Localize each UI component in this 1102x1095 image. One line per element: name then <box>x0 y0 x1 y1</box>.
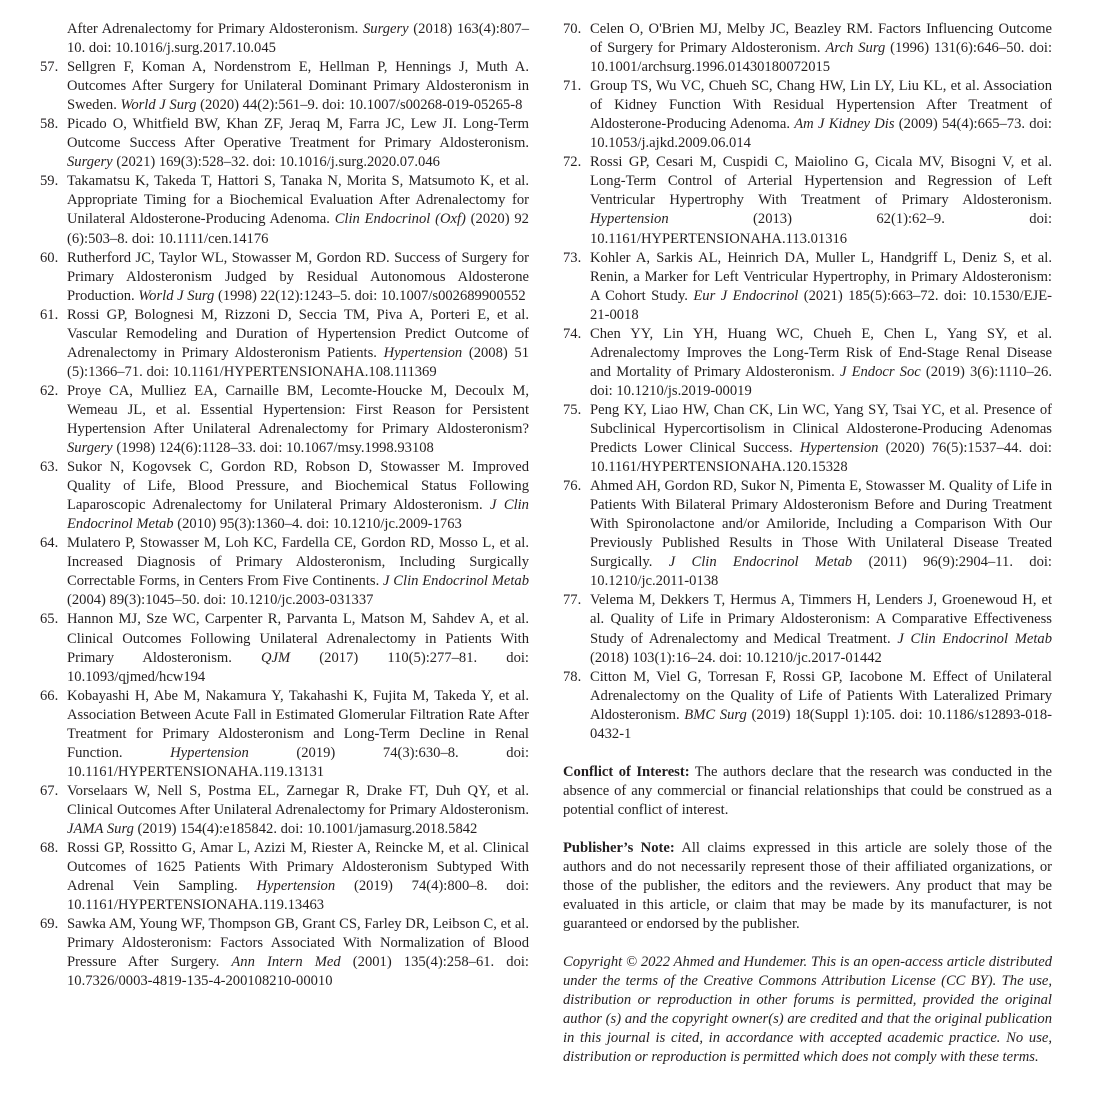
reference-number: 61. <box>40 306 58 325</box>
reference-item: 78.Citton M, Viel G, Torresan F, Rossi G… <box>563 668 1052 744</box>
reference-item: 65.Hannon MJ, Sze WC, Carpenter R, Parva… <box>40 610 529 686</box>
reference-item: 77.Velema M, Dekkers T, Hermus A, Timmer… <box>563 591 1052 667</box>
reference-number: 75. <box>563 401 581 420</box>
conflict-of-interest-statement: Conflict of Interest: The authors declar… <box>563 763 1052 820</box>
reference-number: 68. <box>40 839 58 858</box>
reference-56-continuation: After Adrenalectomy for Primary Aldoster… <box>40 20 529 58</box>
reference-number: 67. <box>40 782 58 801</box>
journal-name: Am J Kidney Dis <box>794 116 894 132</box>
journal-name: Clin Endocrinol (Oxf) <box>335 211 466 227</box>
reference-item: 61.Rossi GP, Bolognesi M, Rizzoni D, Sec… <box>40 306 529 382</box>
reference-item: 68.Rossi GP, Rossitto G, Amar L, Azizi M… <box>40 839 529 915</box>
reference-citation: (2018) 103(1):16–24. doi: 10.1210/jc.201… <box>590 650 882 666</box>
reference-item: 67.Vorselaars W, Nell S, Postma EL, Zarn… <box>40 782 529 839</box>
reference-number: 65. <box>40 610 58 629</box>
journal-name: J Clin Endocrinol Metab <box>897 631 1052 647</box>
reference-text: Vorselaars W, Nell S, Postma EL, Zarnega… <box>67 783 529 818</box>
publishers-note-label: Publisher’s Note: <box>563 840 675 856</box>
journal-name: Eur J Endocrinol <box>693 288 798 304</box>
reference-number: 59. <box>40 172 58 191</box>
reference-number: 66. <box>40 687 58 706</box>
reference-citation: (1998) 124(6):1128–33. doi: 10.1067/msy.… <box>113 440 434 456</box>
journal-name: Hypertension <box>257 878 336 894</box>
journal-name: Surgery <box>363 21 409 37</box>
reference-item: 76.Ahmed AH, Gordon RD, Sukor N, Pimenta… <box>563 477 1052 591</box>
reference-number: 70. <box>563 20 581 39</box>
reference-number: 58. <box>40 115 58 134</box>
reference-item: 62.Proye CA, Mulliez EA, Carnaille BM, L… <box>40 382 529 458</box>
section-gap <box>563 820 1052 839</box>
journal-name: Surgery <box>67 440 113 456</box>
reference-item: 71.Group TS, Wu VC, Chueh SC, Chang HW, … <box>563 77 1052 153</box>
journal-name: World J Surg <box>121 97 197 113</box>
left-column: After Adrenalectomy for Primary Aldoster… <box>40 20 529 991</box>
reference-item: 63.Sukor N, Kogovsek C, Gordon RD, Robso… <box>40 458 529 534</box>
reference-item: 58.Picado O, Whitfield BW, Khan ZF, Jera… <box>40 115 529 172</box>
reference-list-right: 70.Celen O, O'Brien MJ, Melby JC, Beazle… <box>563 20 1052 744</box>
reference-number: 60. <box>40 249 58 268</box>
reference-item: 57.Sellgren F, Koman A, Nordenstrom E, H… <box>40 58 529 115</box>
reference-item: 66.Kobayashi H, Abe M, Nakamura Y, Takah… <box>40 687 529 782</box>
reference-number: 72. <box>563 153 581 172</box>
reference-number: 74. <box>563 325 581 344</box>
publishers-note: Publisher’s Note: All claims expressed i… <box>563 839 1052 934</box>
reference-citation: (2021) 169(3):528–32. doi: 10.1016/j.sur… <box>113 154 440 170</box>
journal-name: J Clin Endocrinol Metab <box>669 554 852 570</box>
reference-citation: (2019) 154(4):e185842. doi: 10.1001/jama… <box>134 821 477 837</box>
journal-name: J Endocr Soc <box>840 364 921 380</box>
reference-item: 75.Peng KY, Liao HW, Chan CK, Lin WC, Ya… <box>563 401 1052 477</box>
journal-name: Ann Intern Med <box>231 954 340 970</box>
journal-name: BMC Surg <box>684 707 747 723</box>
section-gap <box>563 934 1052 953</box>
reference-number: 63. <box>40 458 58 477</box>
right-column: 70.Celen O, O'Brien MJ, Melby JC, Beazle… <box>563 20 1052 1067</box>
reference-item: 72.Rossi GP, Cesari M, Cuspidi C, Maioli… <box>563 153 1052 248</box>
reference-number: 64. <box>40 534 58 553</box>
section-gap <box>563 744 1052 763</box>
reference-number: 78. <box>563 668 581 687</box>
journal-name: JAMA Surg <box>67 821 134 837</box>
journal-name: World J Surg <box>138 288 214 304</box>
reference-citation: (2010) 95(3):1360–4. doi: 10.1210/jc.200… <box>174 516 462 532</box>
journal-name: Arch Surg <box>825 40 885 56</box>
reference-item: 64.Mulatero P, Stowasser M, Loh KC, Fard… <box>40 534 529 610</box>
reference-citation: (1998) 22(12):1243–5. doi: 10.1007/s0026… <box>214 288 525 304</box>
reference-text: Sukor N, Kogovsek C, Gordon RD, Robson D… <box>67 459 529 513</box>
journal-name: Hypertension <box>170 745 249 761</box>
reference-item: 70.Celen O, O'Brien MJ, Melby JC, Beazle… <box>563 20 1052 77</box>
conflict-of-interest-label: Conflict of Interest: <box>563 764 690 780</box>
reference-number: 73. <box>563 249 581 268</box>
reference-item: 74.Chen YY, Lin YH, Huang WC, Chueh E, C… <box>563 325 1052 401</box>
reference-number: 76. <box>563 477 581 496</box>
reference-number: 77. <box>563 591 581 610</box>
reference-text: Proye CA, Mulliez EA, Carnaille BM, Leco… <box>67 383 529 437</box>
reference-number: 69. <box>40 915 58 934</box>
reference-list-left: 57.Sellgren F, Koman A, Nordenstrom E, H… <box>40 58 529 991</box>
journal-name: Hypertension <box>800 440 879 456</box>
reference-item: 69.Sawka AM, Young WF, Thompson GB, Gran… <box>40 915 529 991</box>
journal-name: Surgery <box>67 154 113 170</box>
reference-item: 59.Takamatsu K, Takeda T, Hattori S, Tan… <box>40 172 529 248</box>
journal-name: Hypertension <box>384 345 463 361</box>
journal-name: QJM <box>261 650 290 666</box>
reference-text: After Adrenalectomy for Primary Aldoster… <box>67 21 363 37</box>
copyright-notice: Copyright © 2022 Ahmed and Hundemer. Thi… <box>563 953 1052 1067</box>
reference-item: 60.Rutherford JC, Taylor WL, Stowasser M… <box>40 249 529 306</box>
reference-text: Rossi GP, Cesari M, Cuspidi C, Maiolino … <box>590 154 1052 208</box>
reference-citation: (2020) 44(2):561–9. doi: 10.1007/s00268-… <box>196 97 522 113</box>
journal-name: Hypertension <box>590 211 669 227</box>
reference-number: 57. <box>40 58 58 77</box>
reference-number: 62. <box>40 382 58 401</box>
reference-number: 71. <box>563 77 581 96</box>
reference-citation: (2004) 89(3):1045–50. doi: 10.1210/jc.20… <box>67 592 373 608</box>
journal-name: J Clin Endocrinol Metab <box>383 573 529 589</box>
reference-text: Picado O, Whitfield BW, Khan ZF, Jeraq M… <box>67 116 529 151</box>
reference-item: 73.Kohler A, Sarkis AL, Heinrich DA, Mul… <box>563 249 1052 325</box>
